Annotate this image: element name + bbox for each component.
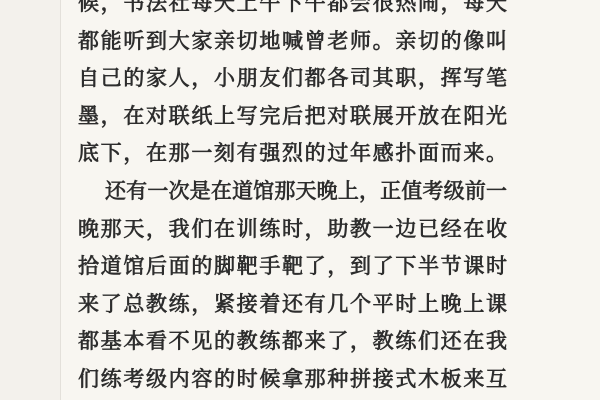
text-line: 底下，在那一刻有强烈的过年感扑面而来。 xyxy=(78,135,507,173)
text-line: 自己的家人，小朋友们都各司其职，挥写笔 xyxy=(78,60,507,98)
article-text: 候，书法社每天上午下午都会很热闹，每天 都能听到大家亲切地喊曾老师。亲切的像叫 … xyxy=(78,0,507,399)
page-edge-divider xyxy=(60,0,61,400)
text-line: 墨，在对联纸上写完后把对联展开放在阳光 xyxy=(78,98,507,136)
text-line: 晚那天，我们在训练时，助教一边已经在收 xyxy=(78,211,507,249)
text-line: 都能听到大家亲切地喊曾老师。亲切的像叫 xyxy=(78,23,507,61)
text-line: 候，书法社每天上午下午都会很热闹，每天 xyxy=(78,0,507,23)
page-left-margin xyxy=(0,0,60,400)
text-line: 拾道馆后面的脚靶手靶了，到了下半节课时 xyxy=(78,248,507,286)
text-line: 来了总教练，紧接着还有几个平时上晚上课 xyxy=(78,286,507,324)
text-line: 都基本看不见的教练都来了，教练们还在我 xyxy=(78,323,507,361)
text-line-paragraph-start: 还有一次是在道馆那天晚上，正值考级前一 xyxy=(78,173,507,211)
text-line: 们练考级内容的时候拿那种拼接式木板来互 xyxy=(78,361,507,399)
